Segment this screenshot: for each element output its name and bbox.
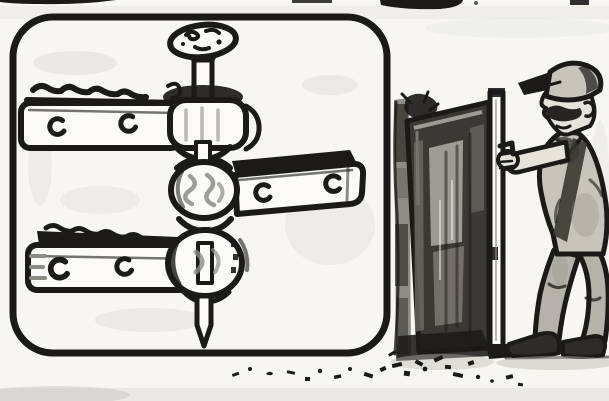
- hinge-illustration: [0, 0, 609, 401]
- illustration-canvas: [0, 0, 609, 401]
- hinge-pin-tip: [197, 296, 211, 346]
- hinge-leaf-middle-right: [227, 150, 363, 214]
- worker-back-shoe: [563, 336, 605, 357]
- door-panel: [433, 246, 464, 326]
- hinge-knuckle-middle: [171, 162, 237, 218]
